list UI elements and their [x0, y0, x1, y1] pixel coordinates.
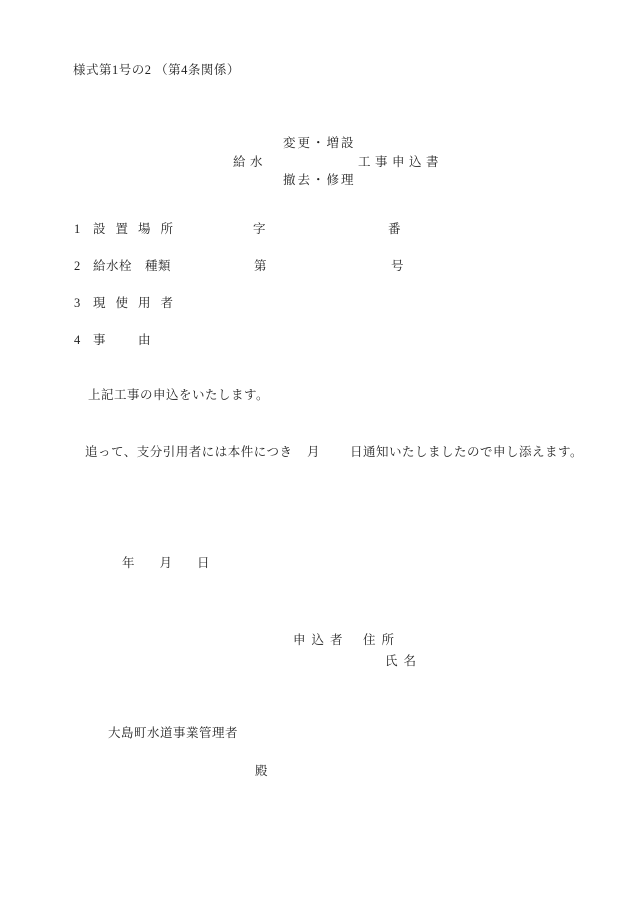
- item-number: 3: [74, 296, 80, 311]
- title-option-lower: 撤去・修理: [283, 173, 356, 188]
- item-number: 2: [74, 259, 80, 274]
- applicant-label: 申込者: [293, 633, 349, 648]
- dai-label: 第: [254, 259, 267, 274]
- date-line: 年 月 日: [122, 556, 210, 571]
- item-label: 給水栓 種類: [93, 259, 171, 274]
- notice-month-label: 月: [307, 445, 320, 460]
- title-suffix: 工事申込書: [358, 155, 443, 170]
- applicant-address-label: 住所: [363, 633, 400, 648]
- item-label: 事 由: [93, 333, 161, 348]
- applicant-name-label: 氏名: [385, 654, 422, 669]
- apply-statement: 上記工事の申込をいたします。: [88, 388, 269, 403]
- item-label: 現使用者: [93, 296, 183, 311]
- water-manager-label: 大島町水道事業管理者: [108, 726, 238, 741]
- form-number: 様式第1号の2 （第4条関係）: [73, 63, 240, 78]
- notice-prefix: 追って、支分引用者には本件につき: [85, 445, 293, 460]
- item-number: 1: [74, 222, 80, 237]
- go-label: 号: [391, 259, 404, 274]
- ban-label: 番: [388, 222, 401, 237]
- title-prefix: 給水: [233, 155, 267, 170]
- aza-label: 字: [253, 222, 266, 237]
- item-number: 4: [74, 333, 80, 348]
- item-label: 設置場所: [93, 222, 183, 237]
- notice-suffix: 日通知いたしましたので申し添えます。: [350, 445, 583, 460]
- honorific-label: 殿: [255, 764, 268, 779]
- title-option-upper: 変更・増設: [283, 136, 356, 151]
- application-form-page: 様式第1号の2 （第4条関係） 給水 変更・増設 撤去・修理 工事申込書 1 設…: [0, 0, 630, 903]
